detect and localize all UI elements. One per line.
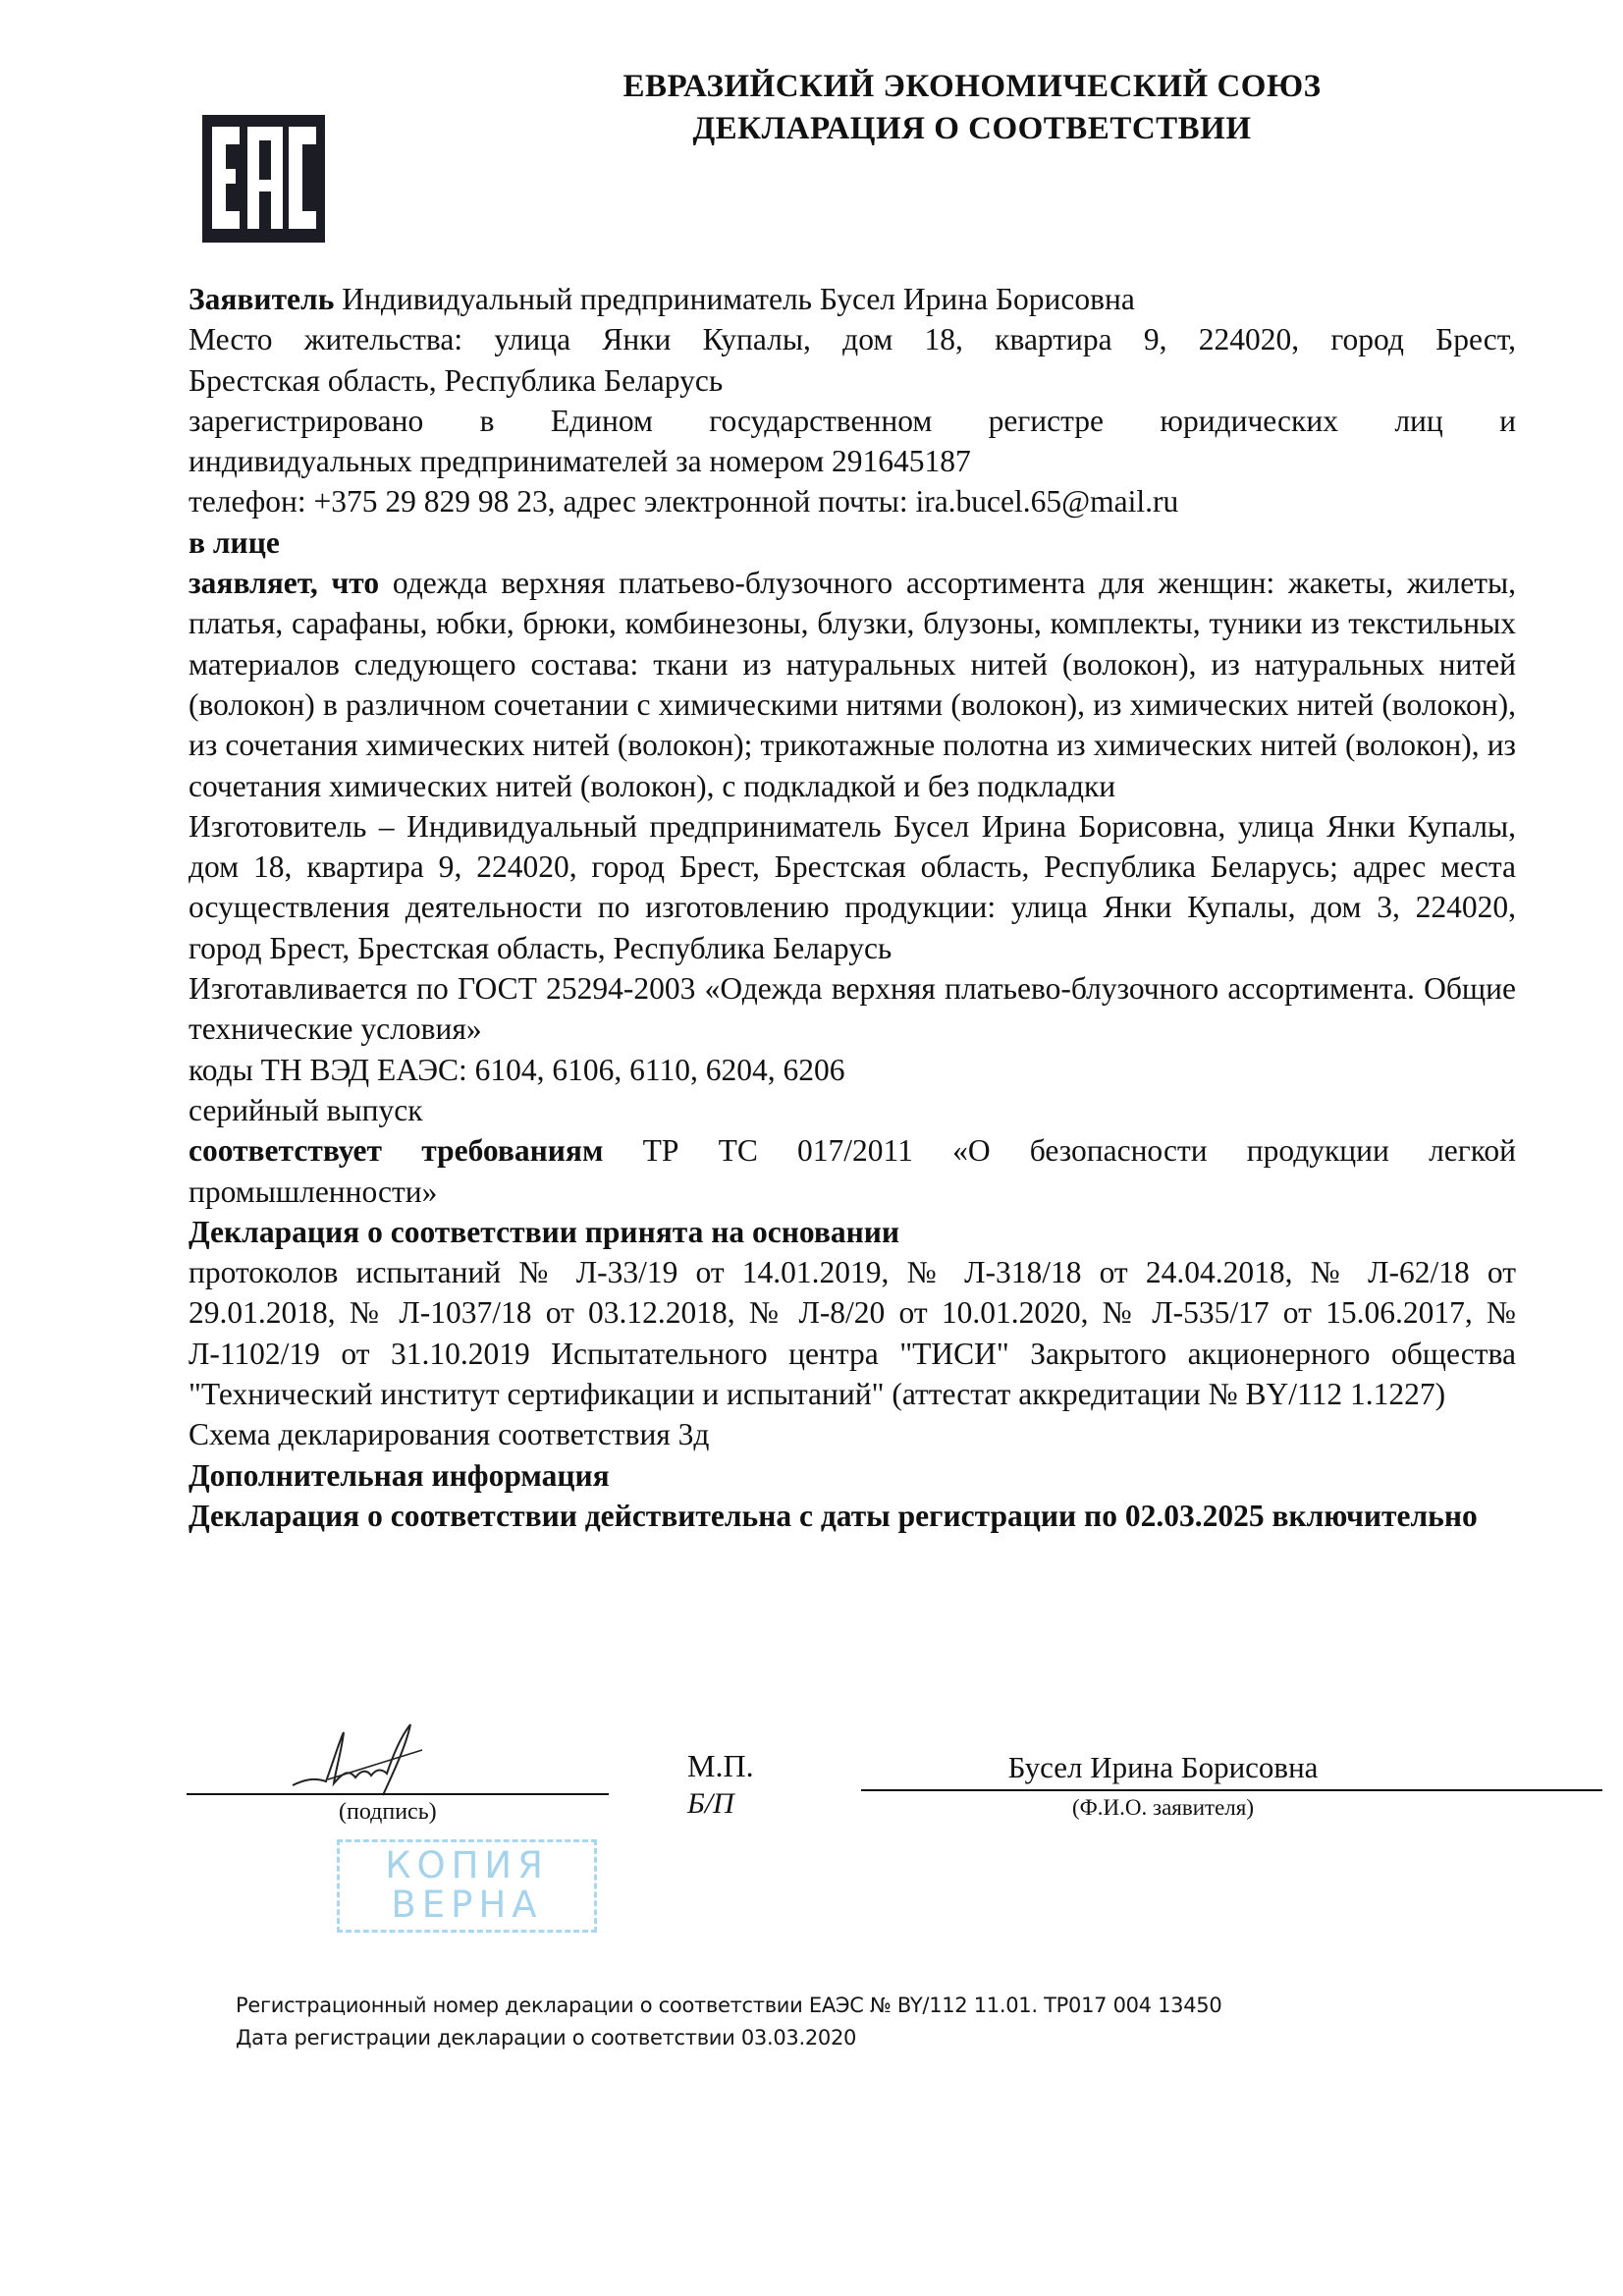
applicant-line: Заявитель Индивидуальный предприниматель…	[189, 279, 1516, 319]
basis-label: Декларация о соответствии принята на осн…	[189, 1212, 1516, 1252]
standard-paragraph: Изготавливается по ГОСТ 25294-2003 «Одеж…	[189, 968, 1516, 1050]
applicant-label: Заявитель	[189, 282, 334, 316]
complies-label: соответствует требованиям	[189, 1133, 603, 1168]
registered-line-1: зарегистрировано в Едином государственно…	[189, 401, 1516, 441]
basis-paragraph: протоколов испытаний № Л-33/19 от 14.01.…	[189, 1252, 1516, 1414]
name-caption: (Ф.И.О. заявителя)	[861, 1795, 1602, 1821]
validity-paragraph: Декларация о соответствии действительна …	[189, 1496, 1516, 1536]
additional-info-label: Дополнительная информация	[189, 1455, 1516, 1496]
registration-number: Регистрационный номер декларации о соотв…	[236, 1994, 1221, 2017]
residence-line-2: Брестская область, Республика Беларусь	[189, 360, 1516, 401]
stamp-line-2: ВЕРНА	[340, 1886, 594, 1925]
registration-date: Дата регистрации декларации о соответств…	[236, 2026, 856, 2050]
copy-certified-stamp: КОПИЯ ВЕРНА	[337, 1839, 597, 1933]
applicant-name: Индивидуальный предприниматель Бусел Ири…	[342, 282, 1135, 316]
residence-line-1: Место жительства: улица Янки Купалы, дом…	[189, 319, 1516, 359]
handwritten-signature	[285, 1721, 481, 1799]
signature-icon	[285, 1721, 481, 1799]
name-line	[861, 1789, 1602, 1791]
stamp-line-1: КОПИЯ	[340, 1846, 594, 1886]
manufacturer-paragraph: Изготовитель – Индивидуальный предприним…	[189, 806, 1516, 968]
document-title: ДЕКЛАРАЦИЯ О СООТВЕТСТВИИ	[550, 111, 1394, 147]
declares-label: заявляет, что	[189, 566, 379, 600]
declaration-body: Заявитель Индивидуальный предприниматель…	[189, 279, 1516, 1536]
codes-line: коды ТН ВЭД ЕАЭС: 6104, 6106, 6110, 6204…	[189, 1050, 1516, 1090]
in-person-label: в лице	[189, 522, 1516, 563]
eac-logo	[202, 115, 325, 243]
seal-label: М.П.	[687, 1748, 754, 1784]
applicant-full-name: Бусел Ирина Борисовна	[861, 1750, 1602, 1785]
product-description: одежда верхняя платьево-блузочного ассор…	[189, 566, 1516, 802]
seal-note: Б/П	[687, 1787, 734, 1821]
release-type: серийный выпуск	[189, 1090, 1516, 1130]
contacts-line: телефон: +375 29 829 98 23, адрес электр…	[189, 481, 1516, 521]
complies-paragraph: соответствует требованиям ТР ТС 017/2011…	[189, 1130, 1516, 1212]
registered-line-2: индивидуальных предпринимателей за номер…	[189, 441, 1516, 481]
scheme-line: Схема декларирования соответствия 3д	[189, 1414, 1516, 1454]
union-title: ЕВРАЗИЙСКИЙ ЭКОНОМИЧЕСКИЙ СОЮЗ	[550, 69, 1394, 105]
eac-mark-icon	[202, 115, 325, 243]
signature-line	[187, 1793, 609, 1795]
product-paragraph: заявляет, что одежда верхняя платьево-бл…	[189, 563, 1516, 806]
signature-caption: (подпись)	[339, 1799, 437, 1826]
